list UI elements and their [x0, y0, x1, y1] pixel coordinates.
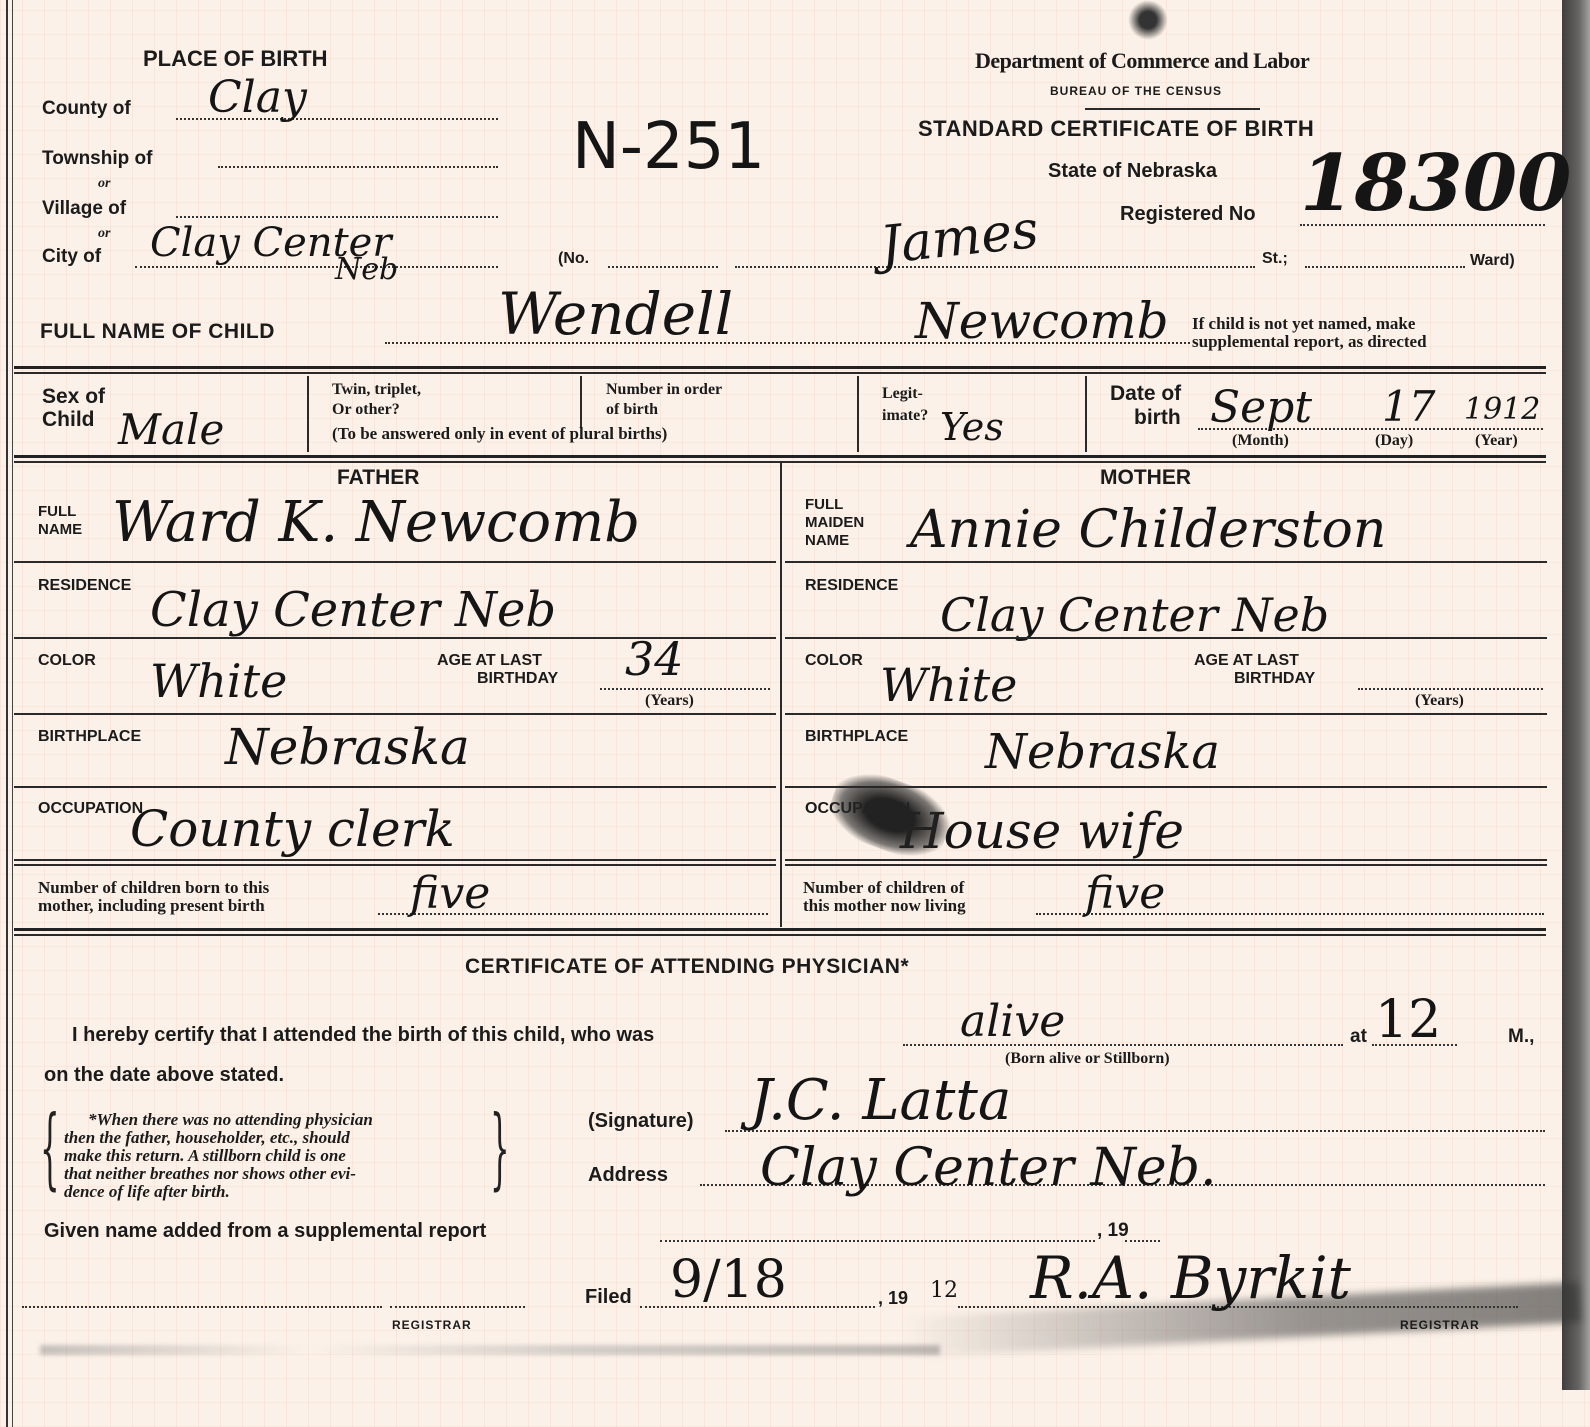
order-label: of birth	[606, 401, 658, 419]
street-no-line	[608, 266, 718, 268]
footnote-line: *When there was no attending physician	[88, 1110, 373, 1130]
sex-label: Child	[42, 408, 95, 432]
state-label: State of Nebraska	[1048, 160, 1217, 183]
row-line	[785, 864, 1547, 866]
street-label: St.;	[1262, 250, 1288, 268]
row-line	[785, 713, 1547, 715]
row-line	[14, 561, 776, 563]
children-living-label: Number of children of	[803, 878, 964, 898]
place-of-birth-heading: PLACE OF BIRTH	[143, 46, 328, 72]
children-living-value: five	[1085, 868, 1165, 919]
registrar-signature: R.A. Byrkit	[1030, 1244, 1351, 1312]
or-label: or	[98, 176, 110, 192]
filed-year-label: , 19	[878, 1288, 908, 1309]
mother-residence-value: Clay Center Neb	[940, 588, 1329, 642]
ward-label: Ward)	[1470, 252, 1515, 270]
registered-no-value: 18300	[1300, 138, 1571, 229]
city-state-value: Neb	[335, 252, 398, 287]
scan-smudge	[40, 1345, 940, 1355]
month-caption: (Month)	[1232, 432, 1289, 450]
father-age-label: BIRTHDAY	[477, 670, 558, 688]
twin-label: Or other?	[332, 401, 400, 419]
row-line	[14, 713, 776, 715]
row-line	[785, 859, 1547, 861]
born-note: (Born alive or Stillborn)	[1005, 1050, 1170, 1068]
not-named-note: If child is not yet named, make	[1192, 314, 1415, 334]
sex-value: Male	[118, 405, 224, 454]
physician-heading: CERTIFICATE OF ATTENDING PHYSICIAN*	[465, 955, 909, 979]
father-birthplace-value: Nebraska	[225, 718, 470, 776]
registrar-left-line	[390, 1306, 525, 1308]
dob-year: 1912	[1464, 392, 1540, 427]
legit-value: Yes	[940, 405, 1004, 449]
birth-status-value: alive	[960, 996, 1065, 1047]
supplemental-year-line	[1125, 1240, 1160, 1242]
signature-label: (Signature)	[588, 1110, 694, 1133]
children-born-label: Number of children born to this	[38, 878, 269, 898]
registrar-left-label: REGISTRAR	[392, 1318, 472, 1332]
registrar-right-label: REGISTRAR	[1400, 1318, 1480, 1332]
father-birthplace-label: BIRTHPLACE	[38, 728, 141, 746]
mother-age-line	[1358, 688, 1543, 690]
certificate-title: STANDARD CERTIFICATE OF BIRTH	[918, 116, 1314, 142]
child-first-name: Wendell	[498, 280, 733, 348]
legit-label: Legit-	[882, 385, 923, 403]
plural-note: (To be answered only in event of plural …	[332, 424, 667, 444]
township-line	[218, 166, 498, 168]
mother-name-label: FULL	[805, 496, 843, 513]
physician-signature: J.C. Latta	[750, 1068, 1011, 1133]
father-color-value: White	[150, 654, 287, 708]
column-divider	[780, 461, 782, 927]
father-occupation-value: County clerk	[130, 800, 455, 858]
row-line	[14, 786, 776, 788]
registrar-left-line	[22, 1306, 382, 1308]
section-divider	[14, 366, 1546, 369]
row-line	[785, 561, 1547, 563]
father-age-line	[600, 688, 770, 690]
bureau-heading: BUREAU OF THE CENSUS	[1050, 84, 1222, 98]
dob-day: 17	[1382, 382, 1435, 431]
county-label: County of	[42, 98, 131, 120]
twin-label: Twin, triplet,	[332, 381, 421, 399]
footnote-line: dence of life after birth.	[64, 1182, 230, 1202]
birth-time-value: 12	[1375, 990, 1441, 1050]
filed-date-value: 9/18	[670, 1250, 787, 1310]
or-label: or	[98, 226, 110, 242]
street-no-label: (No.	[558, 250, 589, 268]
father-age-value: 34	[625, 632, 684, 686]
legit-label: imate?	[882, 407, 928, 425]
dob-month: Sept	[1210, 382, 1312, 433]
section-divider	[14, 372, 1546, 374]
mother-birthplace-value: Nebraska	[985, 724, 1220, 780]
county-value: Clay	[208, 72, 307, 123]
father-age-label: AGE AT LAST	[437, 652, 542, 670]
filed-label: Filed	[585, 1286, 632, 1309]
dob-label: Date of	[1110, 382, 1181, 406]
file-number: N-251	[572, 110, 765, 184]
column-divider	[307, 376, 309, 452]
certify-text: I hereby certify that I attended the bir…	[72, 1024, 654, 1047]
mother-name-label: NAME	[805, 532, 849, 549]
footnote-line: that neither breathes nor shows other ev…	[64, 1164, 356, 1184]
sex-label: Sex of	[42, 385, 105, 409]
footnote-line: make this return. A stillborn child is o…	[64, 1146, 346, 1166]
column-divider	[1085, 376, 1087, 452]
department-heading: Department of Commerce and Labor	[975, 48, 1309, 74]
address-label: Address	[588, 1164, 668, 1187]
father-color-label: COLOR	[38, 652, 96, 670]
section-divider	[14, 934, 1546, 936]
township-label: Township of	[42, 148, 152, 170]
village-label: Village of	[42, 198, 126, 220]
father-name-label: FULL	[38, 503, 76, 520]
father-name-label: NAME	[38, 521, 82, 538]
city-line	[135, 266, 498, 268]
father-name-value: Ward K. Newcomb	[112, 490, 640, 555]
left-border	[6, 0, 13, 1427]
right-brace: }	[490, 1104, 510, 1192]
father-residence-value: Clay Center Neb	[150, 582, 556, 638]
ink-mark	[1128, 0, 1168, 40]
father-heading: FATHER	[337, 466, 419, 490]
mother-residence-label: RESIDENCE	[805, 577, 898, 595]
child-name-label: FULL NAME OF CHILD	[40, 320, 275, 344]
mother-years-caption: (Years)	[1415, 692, 1464, 710]
year-caption: (Year)	[1475, 432, 1518, 450]
meridiem-label: M.,	[1508, 1026, 1534, 1048]
row-line	[14, 859, 776, 861]
dob-label: birth	[1134, 406, 1181, 430]
day-caption: (Day)	[1375, 432, 1413, 450]
village-line	[176, 216, 498, 218]
mother-name-value: Annie Childerston	[910, 500, 1386, 560]
supplemental-line	[660, 1240, 1095, 1242]
children-living-label: this mother now living	[803, 896, 966, 916]
mother-color-value: White	[880, 658, 1017, 712]
children-born-label: mother, including present birth	[38, 896, 265, 916]
footnote-line: then the father, householder, etc., shou…	[64, 1128, 350, 1148]
not-named-note: supplemental report, as directed	[1192, 332, 1427, 352]
street-line	[735, 266, 1255, 268]
row-line	[14, 864, 776, 866]
filed-year-value: 12	[930, 1278, 958, 1303]
father-years-caption: (Years)	[645, 692, 694, 710]
column-divider	[857, 376, 859, 452]
mother-age-label: AGE AT LAST	[1194, 652, 1299, 670]
father-residence-label: RESIDENCE	[38, 577, 131, 595]
father-occupation-label: OCCUPATION	[38, 800, 143, 818]
registered-no-label: Registered No	[1120, 203, 1256, 226]
divider	[1085, 108, 1260, 110]
column-divider	[580, 376, 582, 428]
at-label: at	[1350, 1026, 1367, 1048]
city-label: City of	[42, 246, 101, 268]
section-divider	[14, 455, 1546, 458]
mother-birthplace-label: BIRTHPLACE	[805, 728, 908, 746]
order-label: Number in order	[606, 381, 722, 399]
children-born-value: five	[410, 868, 490, 919]
section-divider	[14, 928, 1546, 931]
mother-heading: MOTHER	[1100, 466, 1191, 490]
left-brace: {	[40, 1104, 60, 1192]
ward-line	[1305, 266, 1465, 268]
mother-color-label: COLOR	[805, 652, 863, 670]
physician-address: Clay Center Neb.	[760, 1138, 1217, 1198]
supplemental-year-label: , 19	[1097, 1220, 1129, 1242]
mother-age-label: BIRTHDAY	[1234, 670, 1315, 688]
supplemental-label: Given name added from a supplemental rep…	[44, 1220, 486, 1243]
date-stated-text: on the date above stated.	[44, 1064, 284, 1087]
child-last-name: Newcomb	[915, 292, 1169, 350]
row-line	[785, 637, 1547, 639]
mother-name-label: MAIDEN	[805, 514, 864, 531]
